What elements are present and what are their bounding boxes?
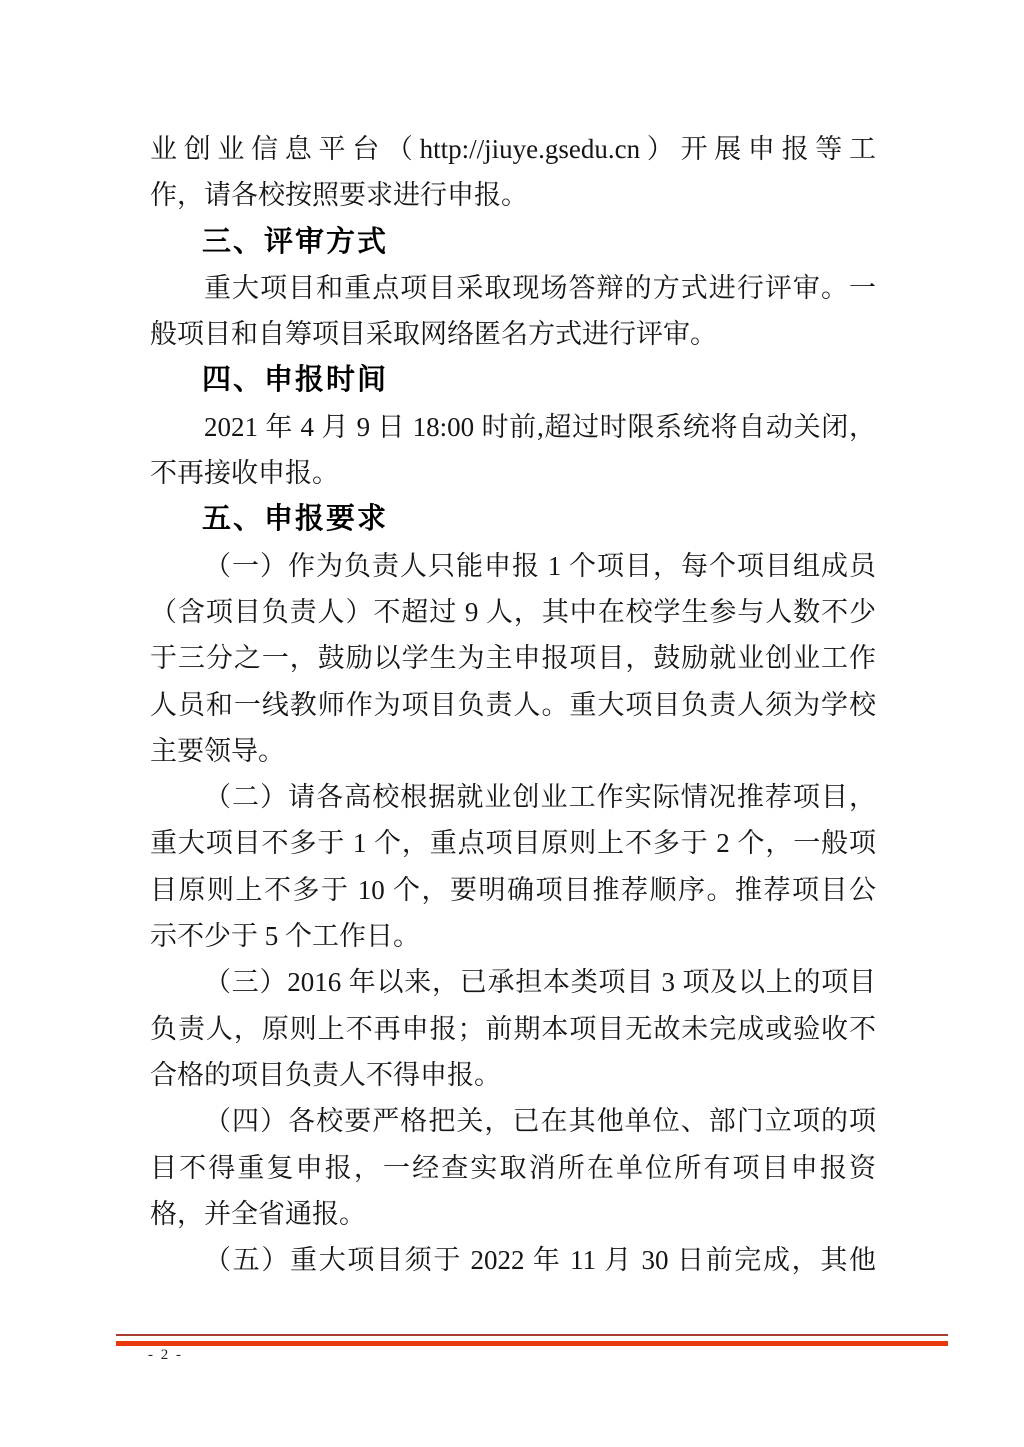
document-body: 业创业信息平台（http://jiuye.gsedu.cn）开展申报等工作，请各… bbox=[150, 126, 876, 1283]
text-line: 格，并全省通报。 bbox=[150, 1191, 876, 1237]
text-line: （二）请各高校根据就业创业工作实际情况推荐项目， bbox=[150, 774, 876, 820]
text-line: 般项目和自筹项目采取网络匿名方式进行评审。 bbox=[150, 311, 876, 357]
text-line: 目不得重复申报，一经查实取消所在单位所有项目申报资 bbox=[150, 1145, 876, 1191]
text-line: 于三分之一，鼓励以学生为主申报项目，鼓励就业创业工作 bbox=[150, 635, 876, 681]
text-line: 业创业信息平台（http://jiuye.gsedu.cn）开展申报等工 bbox=[150, 126, 876, 172]
text-line: 合格的项目负责人不得申报。 bbox=[150, 1052, 876, 1098]
text-line: 2021 年 4 月 9 日 18:00 时前,超过时限系统将自动关闭， bbox=[150, 404, 876, 450]
document-page: 业创业信息平台（http://jiuye.gsedu.cn）开展申报等工作，请各… bbox=[0, 0, 1024, 1447]
text-line: 不再接收申报。 bbox=[150, 450, 876, 496]
section-heading: 五、申报要求 bbox=[150, 496, 876, 542]
text-line: （四）各校要严格把关，已在其他单位、部门立项的项 bbox=[150, 1098, 876, 1144]
text-line: 示不少于 5 个工作日。 bbox=[150, 913, 876, 959]
text-line: 负责人，原则上不再申报；前期本项目无故未完成或验收不 bbox=[150, 1006, 876, 1052]
section-heading: 四、申报时间 bbox=[150, 357, 876, 403]
text-line: 重大项目不多于 1 个，重点项目原则上不多于 2 个，一般项 bbox=[150, 820, 876, 866]
text-line: （含项目负责人）不超过 9 人，其中在校学生参与人数不少 bbox=[150, 589, 876, 635]
text-line: 作，请各校按照要求进行申报。 bbox=[150, 172, 876, 218]
footer-rule-thin bbox=[116, 1334, 948, 1336]
page-number: - 2 - bbox=[148, 1346, 183, 1364]
section-heading: 三、评审方式 bbox=[150, 219, 876, 265]
text-line: 主要领导。 bbox=[150, 728, 876, 774]
text-line: 人员和一线教师作为项目负责人。重大项目负责人须为学校 bbox=[150, 682, 876, 728]
footer-rule-thick bbox=[116, 1341, 948, 1346]
text-line: （三）2016 年以来，已承担本类项目 3 项及以上的项目 bbox=[150, 959, 876, 1005]
text-line: 目原则上不多于 10 个，要明确项目推荐顺序。推荐项目公 bbox=[150, 867, 876, 913]
text-line: （一）作为负责人只能申报 1 个项目，每个项目组成员 bbox=[150, 543, 876, 589]
text-line: 重大项目和重点项目采取现场答辩的方式进行评审。一 bbox=[150, 265, 876, 311]
text-line: （五）重大项目须于 2022 年 11 月 30 日前完成，其他 bbox=[150, 1237, 876, 1283]
